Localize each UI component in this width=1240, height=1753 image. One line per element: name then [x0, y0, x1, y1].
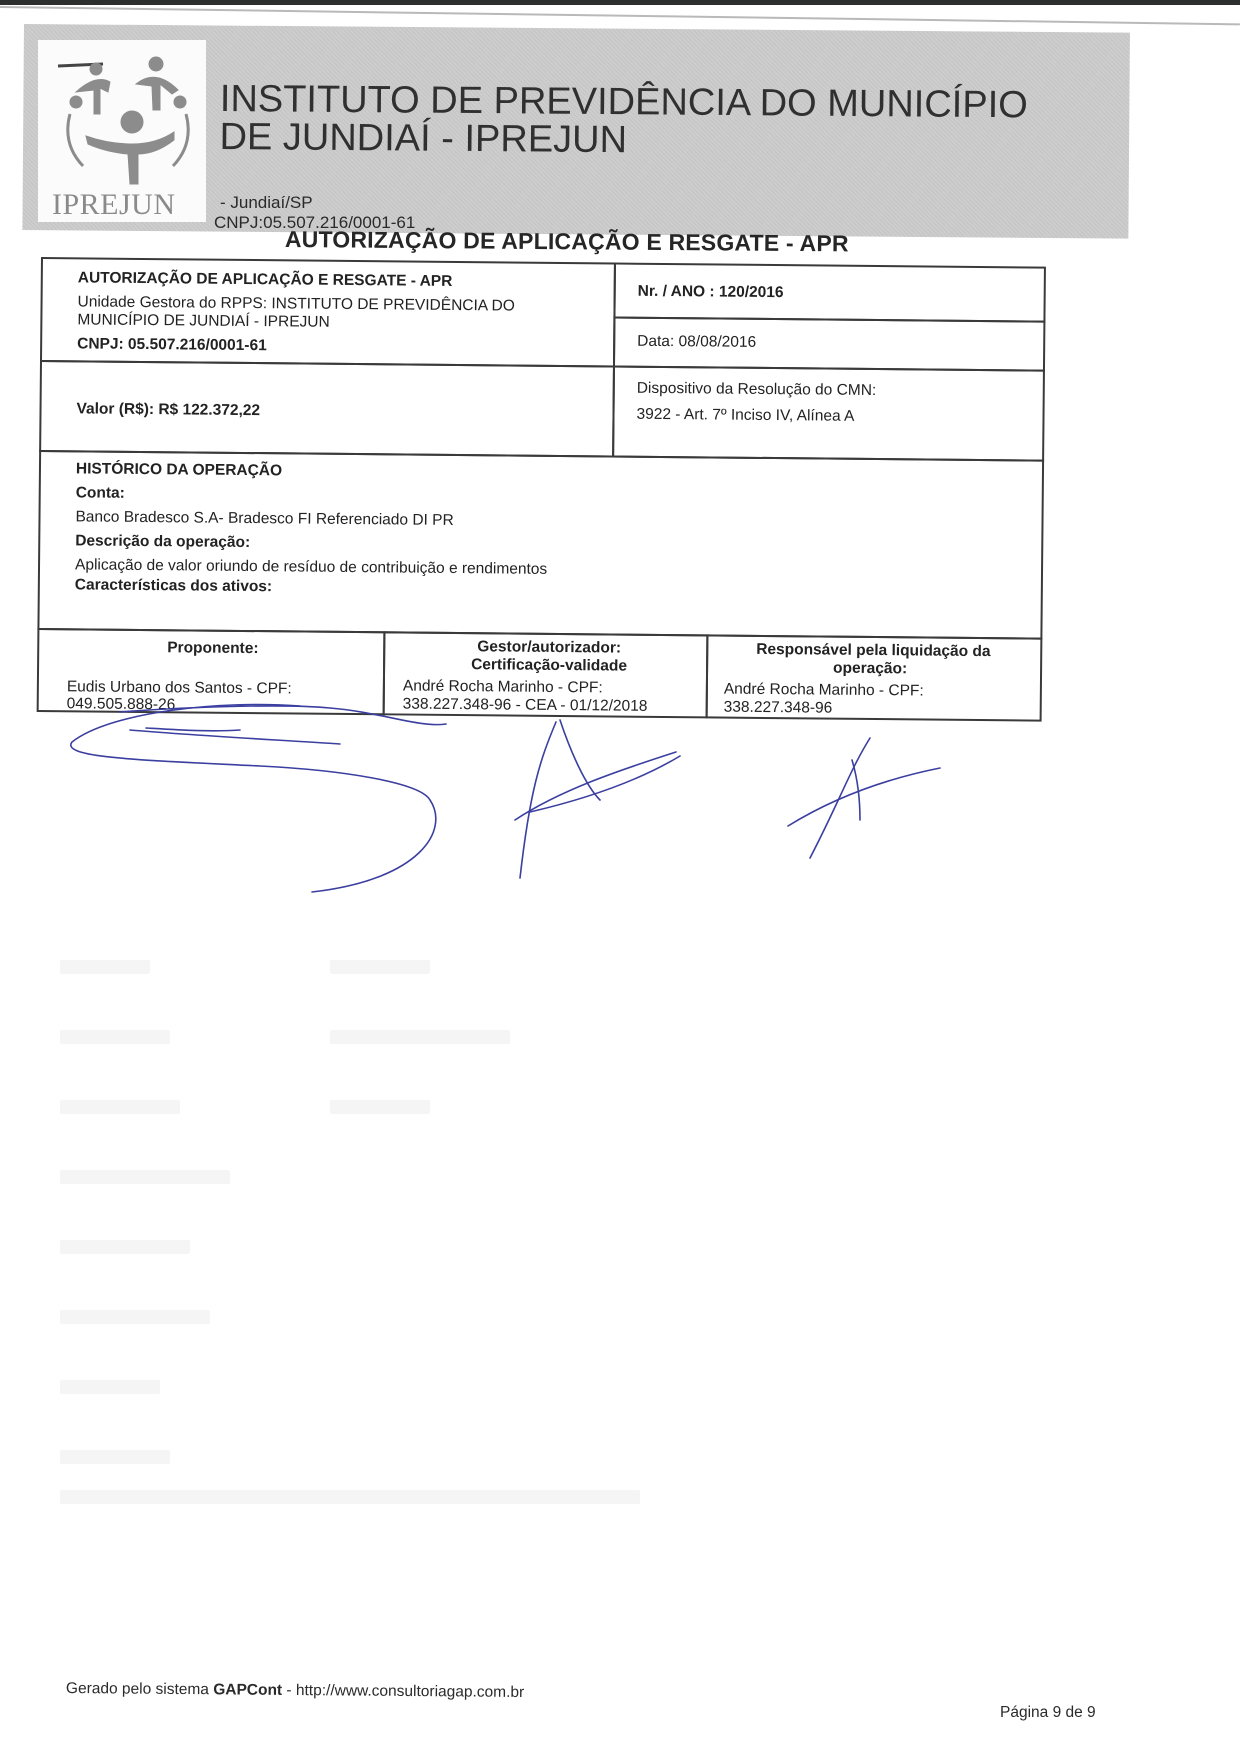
apr-form: AUTORIZAÇÃO DE APLICAÇÃO E RESGATE - APR…	[37, 257, 1046, 722]
data-cell: Data: 08/08/2016	[613, 316, 1045, 371]
dispositivo-cell: Dispositivo da Resolução do CMN: 3922 - …	[612, 365, 1045, 461]
conta-label: Conta:	[76, 484, 125, 502]
historico-cell: HISTÓRICO DA OPERAÇÃO Conta: Banco Brade…	[37, 450, 1044, 640]
gestor-title: Gestor/autorizador:	[477, 638, 621, 657]
scan-artifact-line	[0, 6, 1240, 25]
document-title: AUTORIZAÇÃO DE APLICAÇÃO E RESGATE - APR	[285, 226, 849, 257]
proponente-title: Proponente:	[167, 639, 258, 658]
gestor-cell: Gestor/autorizador: Certificação-validad…	[383, 631, 709, 718]
signature-responsavel-icon	[810, 738, 870, 858]
page-number: Página 9 de 9	[1000, 1704, 1096, 1722]
conta-value: Banco Bradesco S.A- Bradesco FI Referenc…	[75, 508, 453, 530]
organization-city: - Jundiaí/SP	[220, 193, 313, 213]
descricao-label: Descrição da operação:	[75, 532, 250, 552]
historico-title: HISTÓRICO DA OPERAÇÃO	[76, 460, 282, 480]
numero-ano: Nr. / ANO : 120/2016	[638, 283, 784, 302]
valor-cell: Valor (R$): R$ 122.372,22	[39, 360, 615, 458]
signature-proponente-icon	[71, 705, 436, 893]
gestor-cpf: 338.227.348-96 - CEA - 01/12/2018	[403, 695, 648, 715]
gapcont-brand: GAPCont	[213, 1681, 282, 1699]
numero-ano-cell: Nr. / ANO : 120/2016	[613, 263, 1046, 323]
logo-text: IPREJUN	[52, 188, 176, 222]
responsavel-cell: Responsável pela liquidação da operação:…	[706, 634, 1043, 721]
caracteristicas-label: Características dos ativos:	[75, 576, 272, 596]
unidade-cnpj: CNPJ: 05.507.216/0001-61	[77, 335, 267, 355]
consultoriagap-link[interactable]: - http://www.consultoriagap.com.br	[282, 1682, 524, 1701]
proponente-cpf: 049.505.888-26	[67, 695, 176, 714]
dispositivo-label: Dispositivo da Resolução do CMN:	[637, 380, 877, 400]
people-circle-logo-icon	[48, 44, 198, 194]
generated-by-footer: Gerado pelo sistema GAPCont - http://www…	[66, 1680, 524, 1702]
data: Data: 08/08/2016	[637, 333, 756, 352]
responsavel-name: André Rocha Marinho - CPF:	[724, 681, 924, 701]
responsavel-title-2: operação:	[833, 660, 907, 679]
dispositivo-value: 3922 - Art. 7º Inciso IV, Alínea A	[636, 406, 854, 426]
responsavel-cpf: 338.227.348-96	[724, 699, 833, 718]
organization-name: INSTITUTO DE PREVIDÊNCIA DO MUNICÍPIO DE…	[219, 80, 1028, 162]
unidade-gestora-line2: MUNICÍPIO DE JUNDIAÍ - IPREJUN	[77, 311, 329, 331]
gestor-certificacao: Certificação-validade	[471, 656, 627, 675]
responsavel-title: Responsável pela liquidação da	[756, 641, 990, 661]
signature-gestor-icon	[520, 722, 556, 878]
iprejun-logo: IPREJUN	[38, 40, 206, 222]
proponente-cell: Proponente: Eudis Urbano dos Santos - CP…	[37, 628, 386, 715]
gestor-name: André Rocha Marinho - CPF:	[403, 677, 603, 697]
form-section-title: AUTORIZAÇÃO DE APLICAÇÃO E RESGATE - APR	[78, 269, 453, 291]
unidade-gestora-cell: AUTORIZAÇÃO DE APLICAÇÃO E RESGATE - APR…	[40, 257, 616, 368]
descricao-value: Aplicação de valor oriundo de resíduo de…	[75, 556, 547, 579]
scan-top-edge	[0, 0, 1240, 5]
valor: Valor (R$): R$ 122.372,22	[76, 400, 260, 420]
